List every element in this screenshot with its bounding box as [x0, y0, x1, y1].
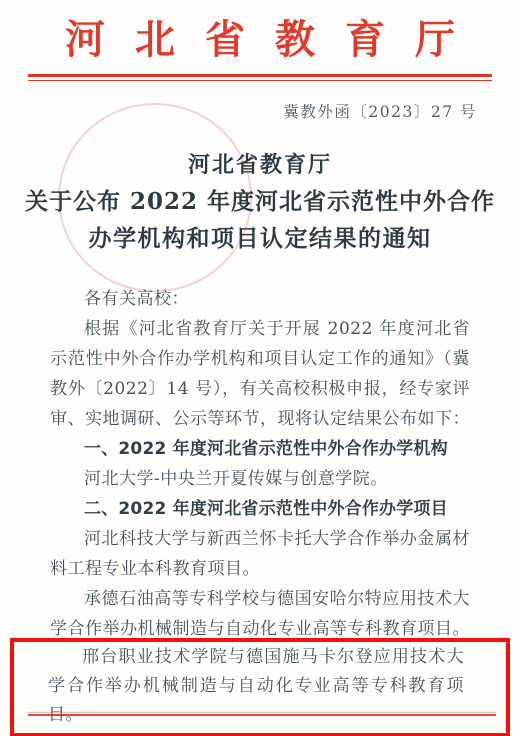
- notice-title-block: 河北省教育厅 关于公布 2022 年度河北省示范性中外合作 办学机构和项目认定结…: [0, 147, 520, 257]
- intro-paragraph: 根据《河北省教育厅关于开展 2022 年度河北省示范性中外合作办学机构和项目认定…: [50, 314, 470, 434]
- section-1-heading: 一、2022 年度河北省示范性中外合作办学机构: [50, 434, 470, 464]
- notice-title-line-3: 办学机构和项目认定结果的通知: [0, 220, 520, 257]
- document-page: 河北省教育厅 冀教外函〔2023〕27 号 河北省教育厅 关于公布 2022 年…: [0, 0, 520, 736]
- salutation: 各有关高校：: [50, 284, 470, 314]
- notice-title-line-2: 关于公布 2022 年度河北省示范性中外合作: [0, 183, 520, 220]
- notice-body: 各有关高校： 根据《河北省教育厅关于开展 2022 年度河北省示范性中外合作办学…: [0, 284, 520, 736]
- masthead-double-rule: [28, 74, 492, 81]
- section-2-item-2: 承德石油高等专科学校与德国安哈尔特应用技术大学合作举办机械制造与自动化专业高等专…: [50, 584, 470, 644]
- section-2-heading: 二、2022 年度河北省示范性中外合作办学项目: [50, 494, 470, 524]
- doc-reference-number: 冀教外函〔2023〕27 号: [0, 100, 520, 124]
- highlight-annotation-box: 邢台职业技术学院与德国施马卡尔登应用技术大学合作举办机械制造与自动化专业高等专科…: [10, 638, 510, 736]
- section-1-item: 河北大学-中央兰开夏传媒与创意学院。: [50, 464, 470, 494]
- section-2-item-3-highlighted: 邢台职业技术学院与德国施马卡尔登应用技术大学合作举办机械制造与自动化专业高等专科…: [48, 643, 464, 730]
- agency-masthead-title: 河北省教育厅: [0, 15, 520, 65]
- notice-title-line-1: 河北省教育厅: [0, 147, 520, 183]
- section-2-item-1: 河北科技大学与新西兰怀卡托大学合作举办金属材料工程专业本科教育项目。: [50, 524, 470, 584]
